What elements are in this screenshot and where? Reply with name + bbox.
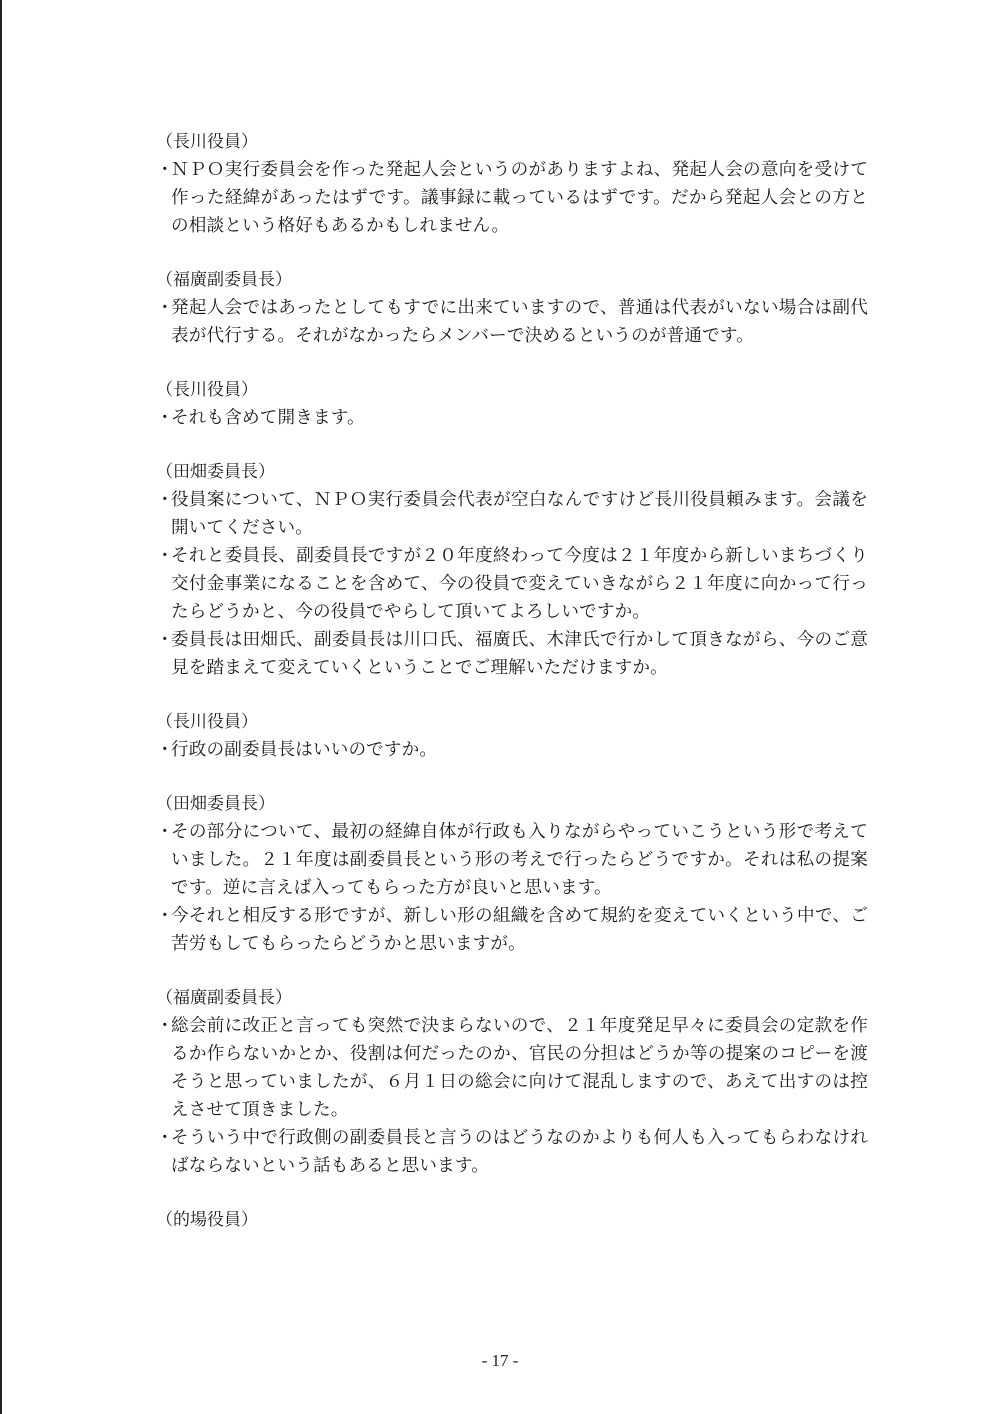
speaker-label: （長川役員）: [156, 708, 868, 736]
statement-text: 委員長は田畑氏、副委員長は川口氏、福廣氏、木津氏で行かして頂きながら、今のご意見…: [171, 630, 868, 678]
bullet-icon: ・: [156, 902, 171, 930]
bullet-icon: ・: [156, 626, 171, 654]
statement: ・ 役員案について、ＮＰＯ実行委員会代表が空白なんですけど長川役員頼みます。会議…: [156, 486, 868, 542]
speaker-label: （福廣副委員長）: [156, 984, 868, 1012]
bullet-icon: ・: [156, 818, 171, 846]
statement: ・ 行政の副委員長はいいのですか。: [156, 736, 868, 764]
bullet-icon: ・: [156, 1124, 171, 1152]
bullet-icon: ・: [156, 542, 171, 570]
speaker-label: （田畑委員長）: [156, 458, 868, 486]
statement: ・ 今それと相反する形ですが、新しい形の組織を含めて規約を変えていくという中で、…: [156, 902, 868, 958]
statement-text: そういう中で行政側の副委員長と言うのはどうなのかよりも何人も入ってもらわなければ…: [171, 1128, 868, 1176]
bullet-icon: ・: [156, 294, 171, 322]
bullet-icon: ・: [156, 1012, 171, 1040]
statement-text: 総会前に改正と言っても突然で決まらないので、２１年度発足早々に委員会の定款を作る…: [171, 1016, 868, 1120]
speaker-label: （福廣副委員長）: [156, 266, 868, 294]
bullet-icon: ・: [156, 736, 171, 764]
statement: ・ それも含めて開きます。: [156, 404, 868, 432]
speaker-label: （長川役員）: [156, 128, 868, 156]
statement-text: それと委員長、副委員長ですが２０年度終わって今度は２１年度から新しいまちづくり交…: [171, 546, 868, 622]
statement: ・ それと委員長、副委員長ですが２０年度終わって今度は２１年度から新しいまちづく…: [156, 542, 868, 626]
statement-text: その部分について、最初の経緯自体が行政も入りながらやっていこうという形で考えてい…: [171, 822, 868, 898]
statement-text: 発起人会ではあったとしてもすでに出来ていますので、普通は代表がいない場合は副代表…: [171, 298, 868, 346]
section-4: （田畑委員長） ・ 役員案について、ＮＰＯ実行委員会代表が空白なんですけど長川役…: [156, 458, 868, 682]
bullet-icon: ・: [156, 404, 171, 432]
statement: ・ 委員長は田畑氏、副委員長は川口氏、福廣氏、木津氏で行かして頂きながら、今のご…: [156, 626, 868, 682]
statement-text: それも含めて開きます。: [171, 408, 365, 428]
statement: ・ 発起人会ではあったとしてもすでに出来ていますので、普通は代表がいない場合は副…: [156, 294, 868, 350]
speaker-label: （長川役員）: [156, 376, 868, 404]
statement-text: 役員案について、ＮＰＯ実行委員会代表が空白なんですけど長川役員頼みます。会議を開…: [171, 490, 868, 538]
section-5: （長川役員） ・ 行政の副委員長はいいのですか。: [156, 708, 868, 764]
statement: ・ ＮＰＯ実行委員会を作った発起人会というのがありますよね、発起人会の意向を受け…: [156, 156, 868, 240]
section-1: （長川役員） ・ ＮＰＯ実行委員会を作った発起人会というのがありますよね、発起人…: [156, 128, 868, 240]
statement-text: ＮＰＯ実行委員会を作った発起人会というのがありますよね、発起人会の意向を受けて作…: [171, 160, 868, 236]
statement-text: 今それと相反する形ですが、新しい形の組織を含めて規約を変えていくという中で、ご苦…: [171, 906, 868, 954]
section-3: （長川役員） ・ それも含めて開きます。: [156, 376, 868, 432]
speaker-label: （的場役員）: [156, 1206, 868, 1234]
speaker-label: （田畑委員長）: [156, 790, 868, 818]
page-number: - 17 -: [0, 1351, 1000, 1371]
bullet-icon: ・: [156, 156, 171, 184]
statement: ・ 総会前に改正と言っても突然で決まらないので、２１年度発足早々に委員会の定款を…: [156, 1012, 868, 1124]
scan-edge: [0, 0, 2, 1414]
section-2: （福廣副委員長） ・ 発起人会ではあったとしてもすでに出来ていますので、普通は代…: [156, 266, 868, 350]
section-7: （福廣副委員長） ・ 総会前に改正と言っても突然で決まらないので、２１年度発足早…: [156, 984, 868, 1180]
section-6: （田畑委員長） ・ その部分について、最初の経緯自体が行政も入りながらやっていこ…: [156, 790, 868, 958]
document-body: （長川役員） ・ ＮＰＯ実行委員会を作った発起人会というのがありますよね、発起人…: [156, 128, 868, 1260]
section-8: （的場役員）: [156, 1206, 868, 1234]
bullet-icon: ・: [156, 486, 171, 514]
statement-text: 行政の副委員長はいいのですか。: [171, 740, 437, 760]
statement: ・ その部分について、最初の経緯自体が行政も入りながらやっていこうという形で考え…: [156, 818, 868, 902]
statement: ・ そういう中で行政側の副委員長と言うのはどうなのかよりも何人も入ってもらわなけ…: [156, 1124, 868, 1180]
